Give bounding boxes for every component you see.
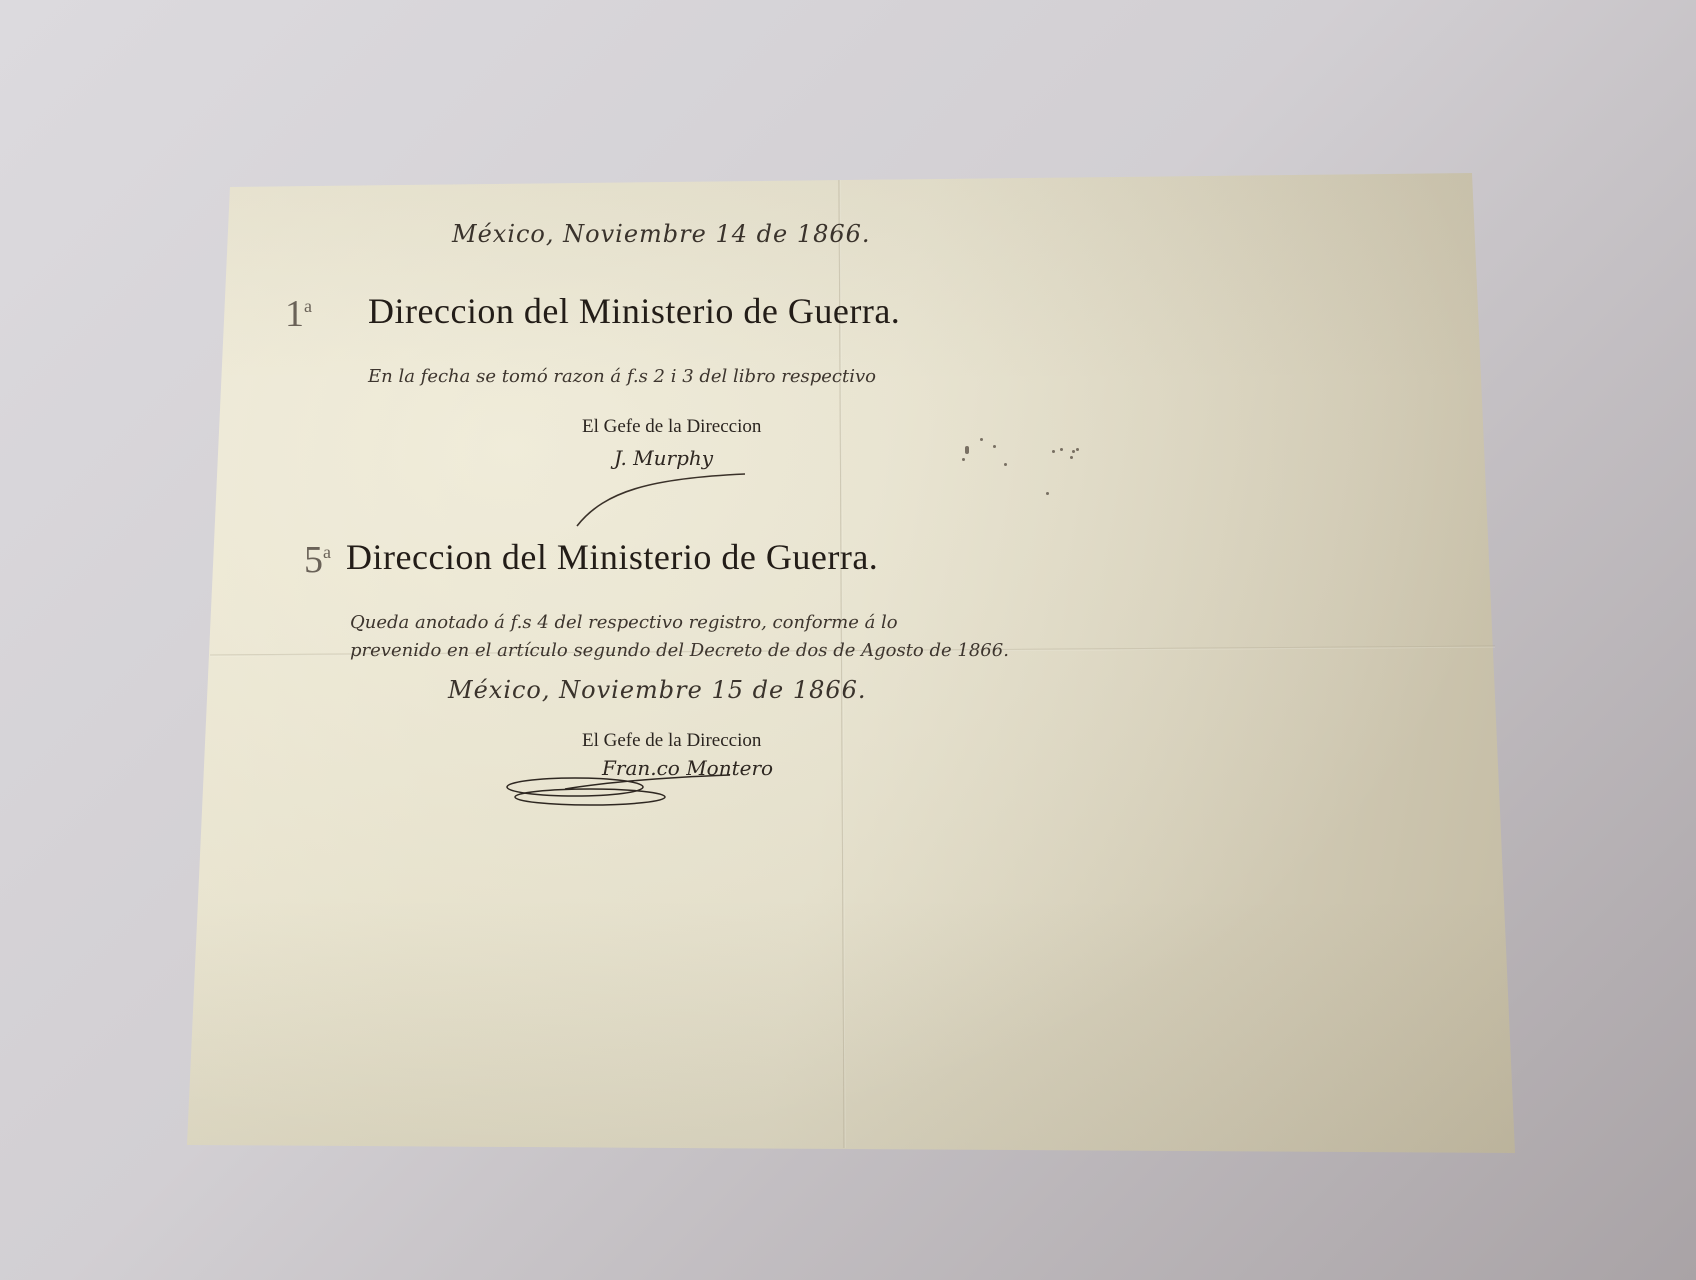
first-entry-ordinal: 1a: [285, 292, 312, 336]
ordinal-suffix: a: [323, 542, 331, 562]
second-entry-note-line-1: Queda anotado á f.s 4 del respectivo reg…: [350, 612, 898, 633]
ink-spot: [980, 438, 983, 441]
second-entry-date-line: México, Noviembre 15 de 1866.: [448, 676, 867, 704]
ordinal-number: 1: [285, 293, 304, 335]
second-entry-note-line-2: prevenido en el artículo segundo del Dec…: [350, 640, 1009, 661]
second-entry-ordinal: 5a: [304, 538, 331, 582]
second-entry-signatory-label: El Gefe de la Direccion: [582, 730, 761, 752]
ordinal-suffix: a: [304, 296, 312, 316]
second-entry-title: Direccion del Ministerio de Guerra.: [346, 536, 878, 578]
ink-spot: [1004, 463, 1007, 466]
ink-spot: [962, 458, 965, 461]
ink-spot: [1060, 448, 1063, 451]
first-entry-date-line: México, Noviembre 14 de 1866.: [452, 220, 871, 248]
second-signature-flourish-icon: [505, 775, 735, 815]
first-entry-signatory-label: El Gefe de la Direccion: [582, 416, 761, 438]
first-signature-flourish-icon: [575, 470, 755, 530]
first-entry-signature: J. Murphy: [614, 446, 713, 470]
ink-spot: [965, 446, 969, 454]
ink-spot: [993, 445, 996, 448]
photo-background: México, Noviembre 14 de 1866. 1a Direcci…: [0, 0, 1696, 1280]
first-entry-title: Direccion del Ministerio de Guerra.: [368, 290, 900, 332]
ink-spot: [1052, 450, 1055, 453]
ink-spot: [1076, 448, 1079, 451]
ink-spot: [1046, 492, 1049, 495]
ink-spot: [1070, 456, 1073, 459]
ink-spot: [1072, 450, 1075, 453]
ordinal-number: 5: [304, 539, 323, 581]
first-entry-registration-note: En la fecha se tomó razon á f.s 2 i 3 de…: [368, 366, 876, 387]
